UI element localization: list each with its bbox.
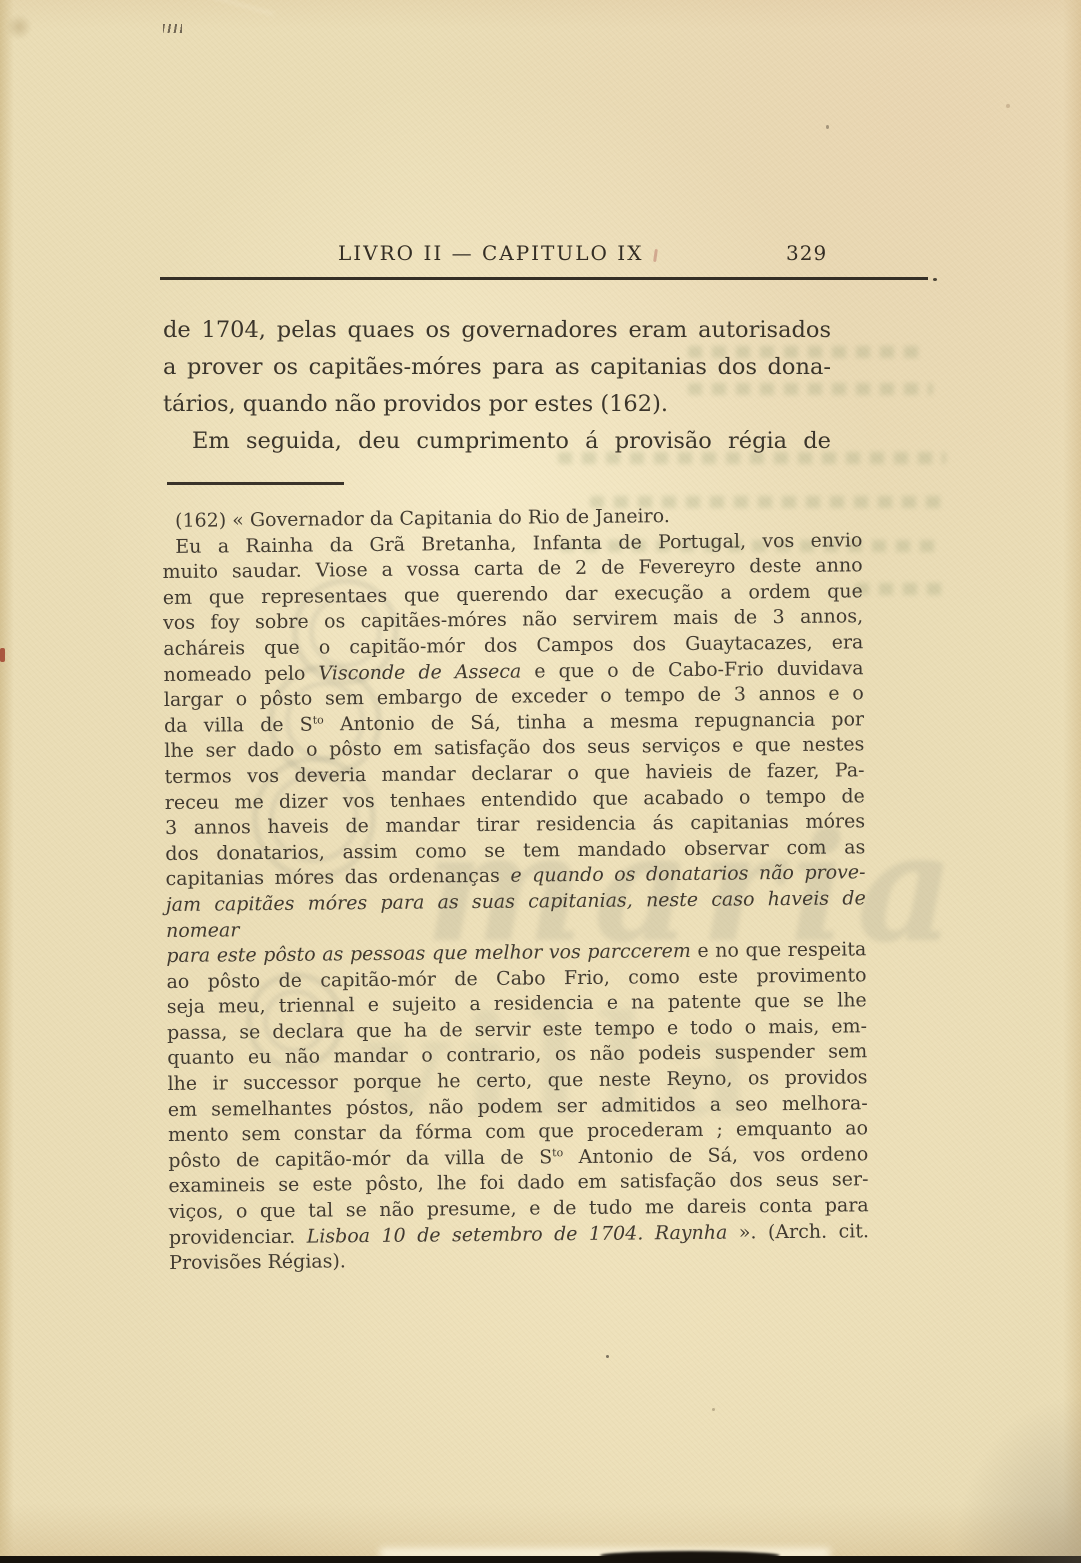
ink-speck (606, 1355, 609, 1358)
running-header-title: LIVRO II — CAPITULO IX (338, 241, 643, 265)
text-segment: largar o pôsto sem embargo de exceder o … (164, 682, 864, 711)
text-segment: de 1704, pelas quaes os governadores era… (163, 317, 831, 343)
paper-crease (0, 0, 274, 150)
text-segment: para este pôsto as pessoas que melhor vo… (166, 940, 691, 967)
text-segment: acháreis que o capitão-mór dos Campos do… (163, 631, 863, 660)
text-line: Provisões Régias). (169, 1244, 869, 1276)
text-segment: passa, se declara que ha de servir este … (167, 1015, 867, 1044)
text-segment: to (313, 713, 324, 726)
footnote-block: (162) « Governador da Capitania do Rio d… (162, 502, 869, 1276)
text-segment: e que o de Cabo-Frio duvidava (521, 657, 864, 682)
text-segment: e no que respeita (691, 938, 867, 962)
text-line: de 1704, pelas quaes os governadores era… (163, 312, 831, 349)
text-segment: ». (Arch. cit. (727, 1220, 869, 1243)
text-segment: da villa de S (164, 713, 313, 736)
red-edge-mark (0, 648, 5, 662)
text-segment: ao pôsto de capitão-mór de Cabo Frio, co… (166, 964, 866, 993)
text-segment: 3 annos haveis de mandar tirar residenci… (165, 810, 865, 839)
text-line: tários, quando não providos por estes (1… (163, 386, 831, 423)
text-segment: mento sem constar da fórma com que proce… (168, 1118, 868, 1147)
corner-shadow (951, 1393, 1081, 1563)
text-segment: a prover os capitães-móres para as capit… (163, 354, 831, 380)
bleedthrough-text (855, 583, 950, 595)
text-segment: Lisboa 10 de setembro de 1704. Raynha (307, 1221, 728, 1247)
text-line: a prover os capitães-móres para as capit… (163, 349, 831, 386)
text-segment: Antonio de Sá, vos ordeno (563, 1143, 868, 1168)
text-segment: e quando os donatarios não prove- (510, 862, 865, 887)
scan-bottom-edge (600, 1551, 780, 1560)
text-segment: to (552, 1146, 563, 1159)
ink-speck (712, 1408, 715, 1411)
text-segment: examineis se este pôsto, lhe foi dado em… (168, 1169, 868, 1198)
text-segment: lhe ir successor porque he certo, que ne… (167, 1066, 867, 1095)
text-segment: capitanias móres das ordenanças (165, 865, 510, 890)
text-segment: em que representaes que querendo dar exe… (163, 580, 863, 609)
text-line: jam capitães móres para as suas capitani… (166, 886, 866, 944)
text-segment: tários, quando não providos por estes (1… (163, 391, 668, 417)
main-text-block: de 1704, pelas quaes os governadores era… (163, 312, 831, 460)
header-rule (160, 277, 928, 280)
text-line: Em seguida, deu cumprimento á provisão r… (163, 423, 831, 460)
ink-speck (1006, 104, 1010, 108)
page-number: 329 (786, 241, 827, 265)
text-segment: dos donatarios, assim como se tem mandad… (165, 836, 865, 865)
ink-speck (163, 24, 182, 33)
text-segment: termos vos deveria mandar declarar o que… (164, 759, 864, 788)
text-segment: muito saudar. Viose a vossa carta de 2 d… (163, 554, 863, 583)
footnote-separator-rule (167, 482, 344, 485)
scan-bottom-edge (0, 1556, 1081, 1563)
text-segment: seja meu, triennal e sujeito a residenci… (167, 990, 867, 1019)
paper-stain (6, 14, 32, 40)
text-segment: Provisões Régias). (169, 1250, 346, 1274)
text-segment: viços, o que tal se não presume, e de tu… (169, 1194, 869, 1223)
pink-mark (653, 249, 658, 262)
text-segment: vos foy sobre os capitães-móres não serv… (163, 606, 863, 635)
text-segment: em semelhantes póstos, não podem ser adm… (168, 1092, 868, 1121)
text-segment: Visconde de Asseca (318, 660, 521, 684)
text-segment: Antonio de Sá, tinha a mesma repugnancia… (324, 708, 865, 735)
text-segment: receu me dizer vos tenhaes entendido que… (165, 785, 865, 814)
text-segment: Eu a Rainha da Grã Bretanha, Infanta de … (175, 529, 862, 558)
text-segment: Em seguida, deu cumprimento á provisão r… (192, 428, 831, 454)
text-segment: quanto eu não mandar o contrario, os não… (167, 1041, 867, 1070)
text-segment: jam capitães móres para as suas capitani… (166, 887, 866, 941)
text-segment: lhe ser dado o pôsto em satisfação dos s… (164, 734, 864, 763)
text-segment: providenciar. (169, 1225, 307, 1248)
text-segment: (162) « Governador da Capitania do Rio d… (175, 505, 670, 532)
text-segment: pôsto de capitão-mór da villa de S (168, 1146, 552, 1172)
text-segment: nomeado pelo (163, 662, 318, 685)
ink-speck (826, 125, 829, 129)
book-page: maria villa LIVRO II — CAPITULO IX 329 d… (0, 0, 1081, 1563)
